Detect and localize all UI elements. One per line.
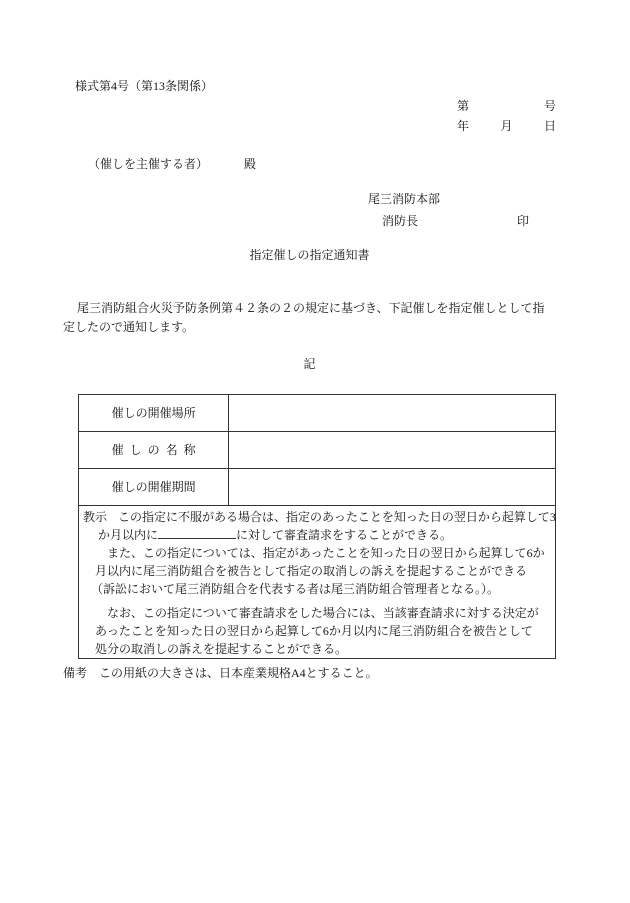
kyoji-line-7: あったことを知った日の翌日から起算して6か月以内に尾三消防組合を被告として — [83, 622, 553, 640]
remarks-label: 備考 — [63, 663, 87, 683]
document-page: 様式第4号（第13条関係） 第 号 年 月 日 （催しを主催する者） 殿 尾三消… — [0, 0, 630, 903]
issuer-block: 尾三消防本部 消防長 印 — [63, 188, 556, 232]
doc-number-line: 第 号 — [457, 96, 556, 116]
table-row-kyoji: 教示この指定に不服がある場合は、指定のあったことを知った日の翌日から起算して3 … — [79, 506, 556, 659]
issuer-signer-title: 消防長 — [382, 210, 418, 232]
kyoji-line-3: また、この指定については、指定があったことを知った日の翌日から起算して6か — [83, 544, 553, 562]
appeal-instructions-cell: 教示この指定に不服がある場合は、指定のあったことを知った日の翌日から起算して3 … — [79, 506, 556, 659]
addressee-line: （催しを主催する者） 殿 — [88, 154, 556, 174]
document-title: 指定催しの指定通知書 — [63, 245, 556, 265]
date-day-label: 日 — [544, 116, 556, 136]
table-row-venue: 催しの開催場所 — [79, 395, 556, 432]
row-label-venue: 催しの開催場所 — [79, 395, 229, 432]
kyoji-text: か月以内に — [98, 528, 158, 542]
kyoji-line-1: 教示この指定に不服がある場合は、指定のあったことを知った日の翌日から起算して3 — [83, 508, 553, 526]
date-month-label: 月 — [500, 116, 512, 136]
body-paragraph: 尾三消防組合火災予防条例第４２条の２の規定に基づき、下記催しを指定催しとして指 … — [63, 299, 556, 337]
issuer-org-name: 尾三消防本部 — [368, 188, 556, 210]
row-label-period: 催しの開催期間 — [79, 469, 229, 506]
kyoji-line-2: か月以内にに対して審査請求をすることができる。 — [83, 526, 553, 544]
ki-separator: 記 — [63, 354, 556, 374]
document-number-block: 第 号 年 月 日 — [63, 96, 556, 136]
kyoji-text: に対して審査請求をすることができる。 — [236, 528, 452, 542]
event-details-table: 催しの開催場所 催しの名称 催しの開催期間 教示この指定に不服がある場合は、指定… — [78, 394, 556, 659]
doc-number-suffix: 号 — [544, 96, 556, 116]
blank-underline-field — [158, 527, 236, 539]
kyoji-line-5: （訴訟において尾三消防組合を代表する者は尾三消防組合管理者となる。）。 — [83, 580, 553, 598]
addressee-honorific: 殿 — [244, 154, 256, 174]
body-text-line: 定したので通知します。 — [63, 318, 556, 337]
issuer-signature-line: 消防長 印 — [382, 210, 529, 232]
remarks-line: 備考 この用紙の大きさは、日本産業規格A4とすること。 — [63, 663, 556, 683]
kyoji-text: この指定に不服がある場合は、指定のあったことを知った日の翌日から起算して3 — [118, 510, 556, 524]
row-value-name — [229, 432, 556, 469]
remarks-text: この用紙の大きさは、日本産業規格A4とすること。 — [99, 663, 378, 683]
table-row-name: 催しの名称 — [79, 432, 556, 469]
form-number: 様式第4号（第13条関係） — [75, 76, 556, 96]
kyoji-line-6: なお、この指定について審査請求をした場合には、当該審査請求に対する決定が — [83, 604, 553, 622]
seal-mark: 印 — [517, 210, 529, 232]
doc-number-prefix: 第 — [457, 96, 469, 116]
kyoji-heading: 教示 — [83, 510, 107, 524]
date-year-label: 年 — [457, 116, 469, 136]
row-value-period — [229, 469, 556, 506]
table-row-period: 催しの開催期間 — [79, 469, 556, 506]
addressee-placeholder: （催しを主催する者） — [88, 154, 208, 174]
row-label-name: 催しの名称 — [79, 432, 229, 469]
kyoji-line-8: 処分の取消しの訴えを提起することができる。 — [83, 640, 553, 658]
row-value-venue — [229, 395, 556, 432]
kyoji-line-4: 月以内に尾三消防組合を被告として指定の取消しの訴えを提起することができる — [83, 562, 553, 580]
body-text-line: 尾三消防組合火災予防条例第４２条の２の規定に基づき、下記催しを指定催しとして指 — [77, 299, 556, 318]
date-line: 年 月 日 — [457, 116, 556, 136]
